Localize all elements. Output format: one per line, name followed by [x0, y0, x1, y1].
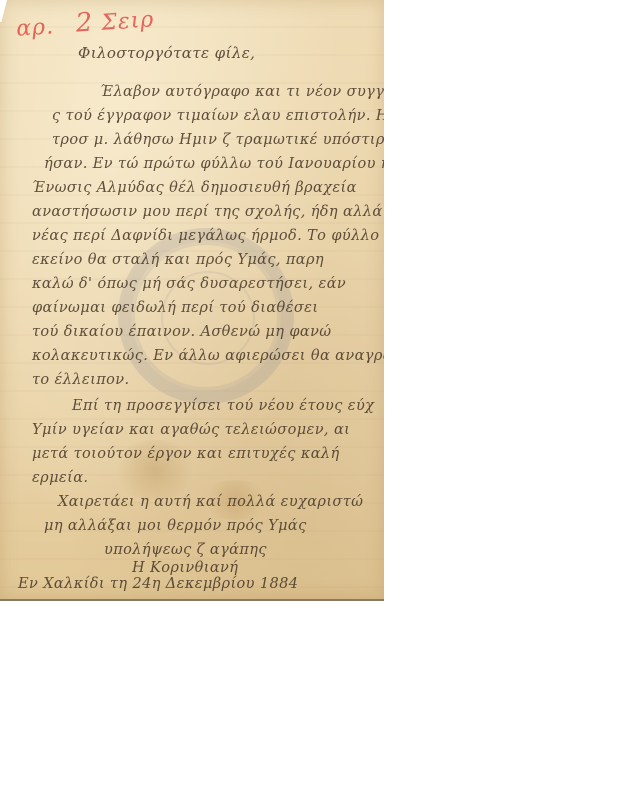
handwritten-line: ς τού έγγραφον τιμαίων ελαυ επιστολήν. Η… — [52, 108, 384, 124]
handwritten-line: τροσ μ. λάθησω Ημιν ζ τραμωτικέ υπόστιρ … — [52, 132, 384, 148]
archive-mark-number: 2 — [75, 7, 95, 38]
handwritten-line: μη αλλάξαι μοι θερμόν πρός Υμάς — [44, 518, 307, 534]
handwritten-line: φαίνωμαι φειδωλή περί τού διαθέσει — [32, 300, 318, 316]
handwritten-line: Υμίν υγείαν και αγαθώς τελειώσομεν, αι — [32, 422, 350, 438]
signature: Η Κορινθιανή — [132, 560, 238, 576]
handwritten-line: Ένωσις Αλμύδας θέλ δημοσιευθή βραχεία — [32, 180, 357, 196]
handwritten-line: υπολήψεως ζ αγάπης — [104, 542, 267, 558]
handwritten-line: ερμεία. — [32, 470, 88, 486]
archive-mark-suffix: Σειρ — [101, 7, 156, 36]
handwritten-line: κολακευτικώς. Εν άλλω αφιερώσει θα αναγρ… — [32, 348, 384, 364]
handwritten-line: Επί τη προσεγγίσει τού νέου έτους εύχ — [72, 398, 374, 414]
handwritten-line: αναστήσωσιν μου περί της σχολής, ήδη αλλ… — [32, 204, 383, 220]
handwritten-line: τού δικαίου έπαινον. Ασθενώ μη φανώ — [32, 324, 332, 340]
archive-mark-prefix: αρ. — [15, 14, 54, 42]
handwritten-line: ήσαν. Εν τώ πρώτω φύλλω τού Ιανουαρίου ή — [44, 156, 384, 172]
handwritten-line: καλώ δ' όπως μή σάς δυσαρεστήσει, εάν — [32, 276, 346, 292]
handwritten-line: νέας περί Δαφνίδι μεγάλως ήρμοδ. Το φύλλ… — [32, 228, 379, 244]
handwritten-line: Χαιρετάει η αυτή καί πολλά ευχαριστώ — [58, 494, 363, 510]
handwritten-line: μετά τοιούτον έργον και επιτυχές καλή — [32, 446, 340, 462]
handwritten-line: το έλλειπον. — [32, 372, 129, 388]
salutation: Φιλοστοργότατε φίλε, — [78, 44, 255, 62]
handwritten-line: εκείνο θα σταλή και πρός Υμάς, παρη — [32, 252, 324, 268]
archive-reference-mark: αρ. 2 Σειρ — [15, 3, 155, 43]
torn-corner — [0, 0, 7, 22]
letter-page: αρ. 2 Σειρ Φιλοστοργότατε φίλε, Έλαβον α… — [0, 0, 384, 601]
dateline: Εν Χαλκίδι τη 24η Δεκεμβρίου 1884 — [18, 576, 298, 592]
handwritten-line: Έλαβον αυτόγραφο και τι νέον συγγραφή — [100, 84, 384, 100]
